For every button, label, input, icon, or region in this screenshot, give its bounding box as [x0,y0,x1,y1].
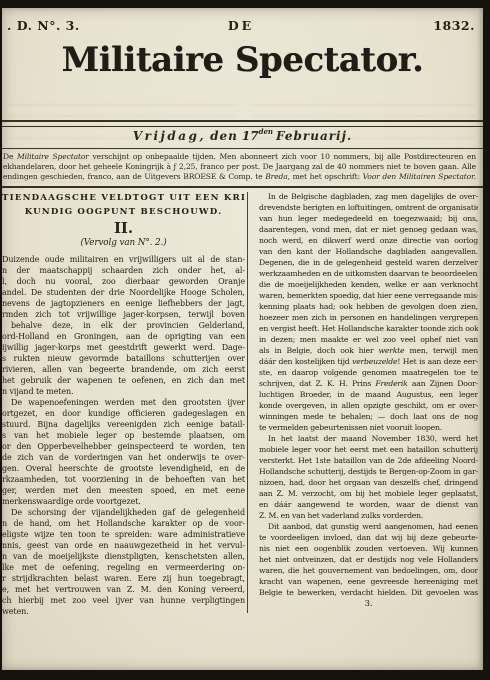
text-line: merkenswaardige orde voortgezet. [2,496,245,507]
text-line: l, doch nu vooral, zoo dierbaar geworden… [2,276,245,287]
text-line: mobiele leger voor het eerst met een bat… [259,444,478,455]
text-line: de zich van de vorderingen van het onder… [2,452,245,463]
dateline-day: 17 [242,129,259,143]
text-line: In de Belgische dagbladen, zag men dagel… [259,191,478,202]
dateline-weekday: Vrijdag, [133,129,206,143]
text-line: Z. M. en van het vaderland zulks vorderd… [259,510,478,521]
text-line: Hollandsche schutterij, destijds te Berg… [259,466,478,477]
dateline: Vrijdag,den17denFebruarij. [2,127,483,143]
text-line: winningen mede te behalen; — doch laat o… [259,411,478,422]
text-line: n vijand te meten. [2,386,245,397]
dateline-den: den [210,129,238,143]
text-line: hoezeer men zich in personen en handelin… [259,312,478,323]
text-line: waren, bemerkten spoedig, dat hier eene … [259,290,478,301]
edition-label: DE [7,18,475,33]
text-line: ch hierbij met zoo veel ijver van hunne … [2,595,245,606]
text-line: kenning plaats had; ook hebben de gevolg… [259,301,478,312]
text-line: luchtigen Broeder, in de maand Augustus,… [259,389,478,400]
text-line: weten. [2,606,245,617]
column-right: In de Belgische dagbladen, zag men dagel… [259,191,478,610]
dateline-month: Februarij. [276,129,352,143]
left-column-text: Duizende oude militairen en vrijwilliger… [2,254,245,617]
text-line: eligste wijze ten toon te spreiden: ware… [2,529,245,540]
text-line: waren, die het gouvernement van bedoelin… [259,565,478,576]
text-line: stuurd. Bijna dagelijks vereenigden zich… [2,419,245,430]
text-line: werkzaamheden en de uitkomsten daarvan t… [259,268,478,279]
text-line: ijwillig jager-korps met geestdrift gewe… [2,342,245,353]
text-line: endingen geschieden, franco, aan de Uitg… [3,172,476,182]
column-divider [247,192,248,613]
year-label: 1832. [433,18,475,33]
thin-rule-divider [2,148,483,149]
text-line: n de hand, om het Hollandsche karakter o… [2,518,245,529]
text-line: die de moeijelijkheden kenden, welke er … [259,279,478,290]
text-line: Duizende oude militairen en vrijwilliger… [2,254,245,265]
text-line: gen. Overal heerschte de grootste levend… [2,463,245,474]
newspaper-page: . D. N°. 3. DE 1832. Militaire Spectator… [2,8,483,670]
text-line: rmden zich tot vrijwillige jager-korpsen… [2,309,245,320]
text-line: n der maatschappij schaarden zich onder … [2,265,245,276]
text-line: andel. De studenten der drie Noordelijke… [2,287,245,298]
text-line: Dit aanbod, dat gunstig werd aangenomen,… [259,521,478,532]
mid-rule-divider [2,186,483,188]
text-line: van hun leger medegedeeld en toegezwaaid… [259,213,478,224]
text-line: In het laatst der maand November 1830, w… [259,433,478,444]
page-header-row: . D. N°. 3. DE 1832. [7,18,475,36]
text-line: e, met het vertrouwen van Z. M. den Koni… [2,584,245,595]
text-line: het gebruik der wapenen te oefenen, en z… [2,375,245,386]
dateline-ordinal: den [259,127,273,136]
text-line: or den Opperbevelhebber geinspecteerd te… [2,441,245,452]
text-line: s van het mobiele leger op bestemde plaa… [2,430,245,441]
article-title-line-1: TIENDAAGSCHE VELDTOGT UIT EEN KRIJGS- [2,191,245,205]
section-subtitle: (Vervolg van N°. 2.) [2,237,245,249]
text-line: lke met de oefening, regeling en vermeer… [2,562,245,573]
text-line: s rukten nieuw gevormde bataillons schut… [2,353,245,364]
text-line: nnis, geest van orde en naauwgezetheid i… [2,540,245,551]
text-line: schrijven, dat Z. K. H. Prins Frederik a… [259,378,478,389]
text-line: De Militaire Spectator verschijnt op onb… [3,152,476,162]
section-number: II. [2,219,245,237]
right-column-text: In de Belgische dagbladen, zag men dagel… [259,191,478,598]
text-line: kracht van wapenen, eene gevreesde heree… [259,576,478,587]
article-title-line-2: KUNDIG OOGPUNT BESCHOUWD. [2,205,245,219]
text-line: ger, werden met den meesten spoed, en me… [2,485,245,496]
text-line: nevens de jagtopzieners en eenige liefhe… [2,298,245,309]
text-line: nizoen, had, door het orgaan van deszelf… [259,477,478,488]
scanned-page-background: { "page": { "issue_no": ". D. N°. 3.", "… [0,0,490,680]
text-line: ortgezet, en door kundige officieren gad… [2,408,245,419]
text-line: nis niet een oogenblik zouden vertoeven.… [259,543,478,554]
text-line: De schorsing der vijandelijkheden gaf de… [2,507,245,518]
text-line: te vermelden gebeurtenissen niet vooruit… [259,422,478,433]
text-line: dáár den kostelijken tijd verbeuzelde! H… [259,356,478,367]
text-line: te voordeeligen invloed, dan dat wij bij… [259,532,478,543]
text-line: als in Belgie, doch ook hier werkte men,… [259,345,478,356]
signature-mark: 3. [259,599,478,610]
text-line: De wapenoefeningen werden met den groots… [2,397,245,408]
text-line: het niet ontveinzen, dat er destijds nog… [259,554,478,565]
column-left: TIENDAAGSCHE VELDTOGT UIT EEN KRIJGS- KU… [2,191,245,617]
text-line: ste, en daarop volgende genomen maatrege… [259,367,478,378]
text-line: noch werd, en dikwerf werd onze directie… [259,235,478,246]
text-line: daarentegen, vond men, dat er niet genoe… [259,224,478,235]
text-line: r strijdkrachten belast waren. Eere zij … [2,573,245,584]
text-line: behalve deze, in elk der provincien Geld… [2,320,245,331]
text-line: drevendste berigten en loftuitingen, omt… [259,202,478,213]
text-line: versterkt. Het 1ste bataillon van de 2de… [259,455,478,466]
imprint-block: De Militaire Spectator verschijnt op onb… [3,152,476,181]
text-line: ekhandelaren, door het geheele Koningrij… [3,162,476,172]
text-line: konde overgeven, in allen opzigte geschi… [259,400,478,411]
text-line: Belgie te bewerken, verdacht hielden. Di… [259,587,478,598]
text-line: en vergist heeft. Het Hollandsche karakt… [259,323,478,334]
text-line: n van de moeijelijkste dienstpligten, ke… [2,551,245,562]
text-line: Degenen, die in de gelegenheid gesteld w… [259,257,478,268]
double-rule-divider [2,120,483,127]
text-line: ord-Holland en Groningen, aan de oprigti… [2,331,245,342]
text-line: in dezen; men maakte er wel zoo veel oph… [259,334,478,345]
page-title: Militaire Spectator. [2,40,483,80]
text-line: rivieren, allen van begeerte brandende, … [2,364,245,375]
text-line: van den kant der Hollandsche dagbladen a… [259,246,478,257]
text-line: rkzaamheden, tot voorziening in de behoe… [2,474,245,485]
text-line: aan Z. M. verzocht, om bij het mobiele l… [259,488,478,499]
text-line: en dáár aangewend te worden, waar de die… [259,499,478,510]
